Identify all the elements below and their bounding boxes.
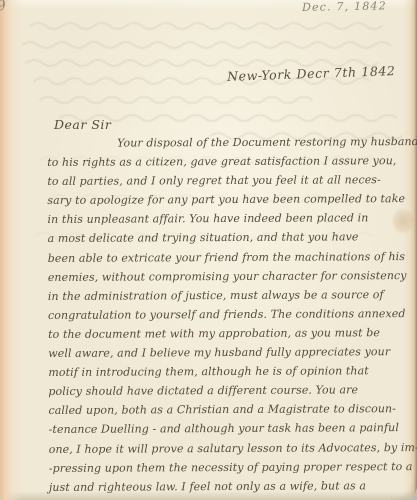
letter-line: -pressing upon them the necessity of pay… — [49, 457, 415, 478]
letter-line: called upon, both as a Christian and a M… — [48, 399, 414, 420]
letter-line: policy should have dictated a different … — [48, 380, 414, 401]
letter-line: to all parties, and I only regret that y… — [47, 170, 413, 191]
letter-line: Your disposal of the Document restoring … — [47, 132, 413, 153]
letter-line: to the document met with my approbation,… — [48, 323, 414, 344]
letter-line: well aware, and I believe my husband ful… — [48, 342, 414, 363]
letter-body: Your disposal of the Document restoring … — [47, 132, 415, 497]
letter-line: sary to apologize for any part you have … — [47, 189, 413, 210]
letter-line: congratulation to yourself and friends. … — [48, 304, 414, 325]
letter-line: been able to extricate your friend from … — [48, 247, 414, 268]
letter-salutation: Dear Sir — [54, 117, 111, 132]
letter-line: to his rights as a citizen, gave great s… — [47, 151, 413, 172]
letter-line: -tenance Duelling - and although your ta… — [49, 418, 415, 439]
letter-line: just and righteous law. I feel not only … — [49, 476, 415, 497]
letter-line: in this unpleasant affair. You have inde… — [47, 208, 413, 229]
letter-line: one, I hope it will prove a salutary les… — [49, 438, 415, 459]
letter-line: in the administration of justice, must a… — [48, 285, 414, 306]
letter-line: enemies, without compromising your chara… — [48, 266, 414, 287]
letter-scan: 9 Dec. 7, 1842 New-York Decr 7th 1842 De… — [0, 0, 417, 500]
paper-corner-shadow — [391, 474, 417, 500]
paper-stain — [392, 208, 414, 234]
letter-line: a most delicate and trying situation, an… — [48, 228, 414, 249]
letter-line: motif in introducing them, although he i… — [48, 361, 414, 382]
pencil-date-annotation: Dec. 7, 1842 — [302, 0, 402, 14]
